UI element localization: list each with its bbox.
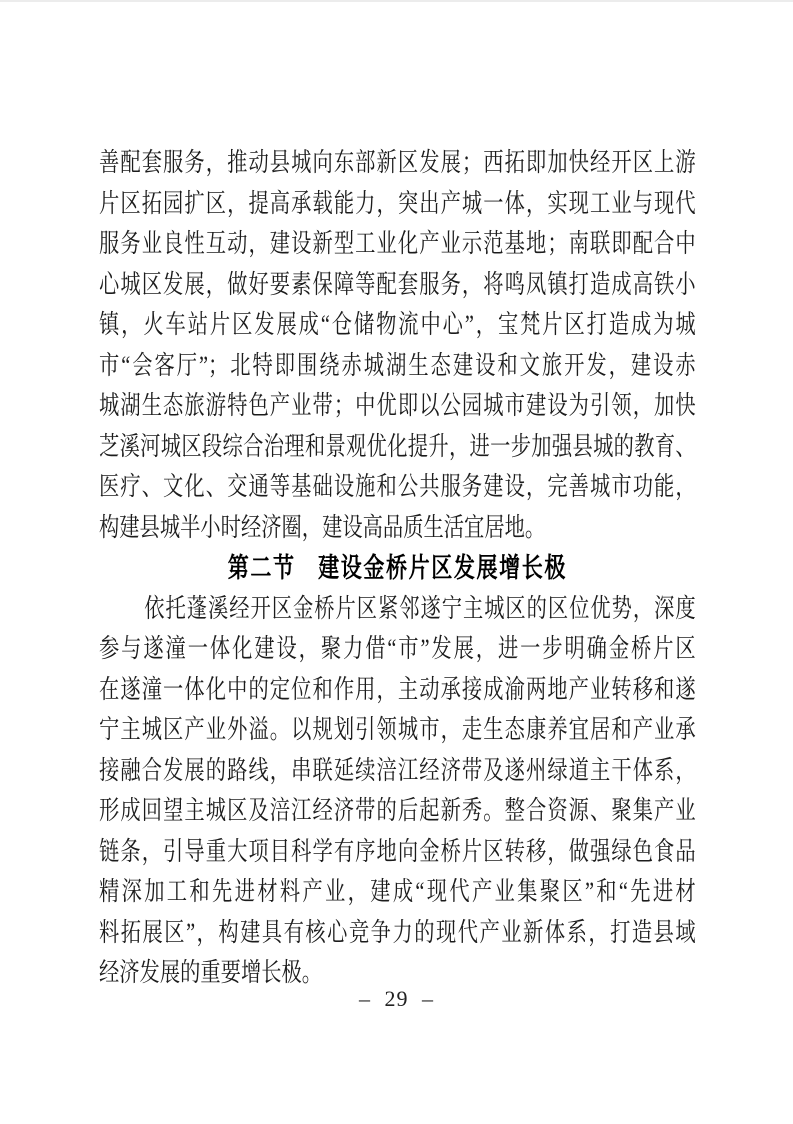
document-page: 善配套服务，推动县城向东部新区发展；西拓即加快经开区上游 片区拓园扩区，提高承载… [0, 0, 793, 1124]
paragraph-line: 城湖生态旅游特色产业带；中优即以公园城市建设为引领，加快 [99, 386, 696, 427]
paragraph-line: 依托蓬溪经开区金桥片区紧邻遂宁主城区的区位优势，深度 [99, 589, 696, 630]
paragraph-line: 镇，火车站片区发展成“仓储物流中心”，宝梵片区打造成为城 [99, 305, 696, 346]
paragraph-line: 形成回望主城区及涪江经济带的后起新秀。整合资源、聚集产业 [99, 791, 696, 832]
paragraph-line: 芝溪河城区段综合治理和景观优化提升，进一步加强县城的教育、 [99, 427, 696, 468]
paragraph-line: 精深加工和先进材料产业，建成“现代产业集聚区”和“先进材 [99, 872, 696, 913]
paragraph-line: 料拓展区”，构建具有核心竞争力的现代产业新体系，打造县域 [99, 913, 696, 954]
paragraph-line: 在遂潼一体化中的定位和作用，主动承接成渝两地产业转移和遂 [99, 670, 696, 711]
paragraph-line: 医疗、文化、交通等基础设施和公共服务建设，完善城市功能， [99, 467, 696, 508]
paragraph-line: 宁主城区产业外溢。以规划引领城市，走生态康养宜居和产业承 [99, 710, 696, 751]
paragraph-line: 接融合发展的路线，串联延续涪江经济带及遂州绿道主干体系， [99, 751, 696, 792]
text-block: 善配套服务，推动县城向东部新区发展；西拓即加快经开区上游 片区拓园扩区，提高承载… [99, 143, 696, 994]
paragraph-line: 片区拓园扩区，提高承载能力，突出产城一体，实现工业与现代 [99, 184, 696, 225]
paragraph-line: 心城区发展，做好要素保障等配套服务，将鸣凤镇打造成高铁小 [99, 265, 696, 306]
paragraph-line: 服务业良性互动，建设新型工业化产业示范基地；南联即配合中 [99, 224, 696, 265]
paragraph-line: 市“会客厅”；北特即围绕赤城湖生态建设和文旅开发，建设赤 [99, 346, 696, 387]
paragraph-line: 构建县城半小时经济圈，建设高品质生活宜居地。 [99, 508, 696, 549]
paragraph-line: 善配套服务，推动县城向东部新区发展；西拓即加快经开区上游 [99, 143, 696, 184]
paragraph-line: 链条，引导重大项目科学有序地向金桥片区转移，做强绿色食品 [99, 832, 696, 873]
page-number: – 29 – [0, 986, 793, 1012]
section-heading: 第二节 建设金桥片区发展增长极 [99, 548, 696, 589]
paragraph-line: 参与遂潼一体化建设，聚力借“市”发展，进一步明确金桥片区 [99, 629, 696, 670]
